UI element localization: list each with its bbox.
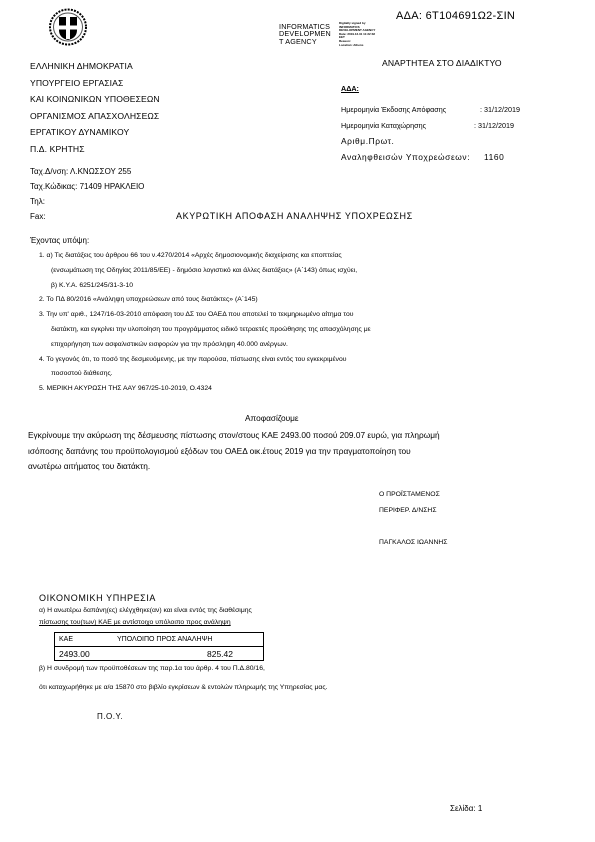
- table-row: 2493.00 825.42: [55, 647, 264, 661]
- signature-unit: ΠΕΡΙΦΕΡ. Δ/ΝΣΗΣ: [379, 507, 437, 514]
- pou-label: Π.Ο.Υ.: [97, 712, 123, 721]
- item-3: 3. Την υπ' αριθ., 1247/16-03-2010 απόφασ…: [39, 311, 353, 318]
- ada-label: ΑΔΑ:: [341, 84, 359, 93]
- org-line: Π.Δ. ΚΡΗΤΗΣ: [30, 141, 160, 158]
- item-2: 2. Το ΠΔ 80/2016 «Ανάληψη υποχρεώσεων απ…: [39, 296, 258, 303]
- digital-signature: Digitally signed by INFORMATICS DEVELOPM…: [339, 22, 375, 47]
- signature-line: Location: Athens: [339, 44, 375, 48]
- financial-title: ΟΙΚΟΝΟΜΙΚΗ ΥΠΗΡΕΣΙΑ: [39, 593, 156, 603]
- item-3-cont2: επιχορήγηση των ασφαλιστικών εισφορών γι…: [51, 341, 288, 348]
- posting-notice: ΑΝΑΡΤΗΤΕΑ ΣΤΟ ΔΙΑΔΙΚΤΥΟ: [382, 58, 502, 68]
- address-phone: Τηλ:: [30, 194, 144, 209]
- item-5: 5. ΜΕΡΙΚΗ ΑΚΥΡΩΣΗ ΤΗΣ ΑΑΥ 967/25-10-2019…: [39, 385, 212, 392]
- kae-header: ΚΑΕ: [55, 633, 114, 647]
- decision-line: Εγκρίνουμε την ακύρωση της δέσμευσης πίσ…: [28, 430, 440, 440]
- financial-line-b1: β) Η συνδρομή των προϋποθέσεων της παρ.1…: [39, 665, 265, 672]
- obligations-number: 1160: [484, 152, 504, 162]
- decision-line: ισόποσης δαπάνης του προϋπολογισμού εξόδ…: [28, 446, 411, 456]
- obligations-label: Αναληφθεισών Υποχρεώσεων:: [341, 152, 470, 162]
- item-3-cont: διατάκτη, και εγκρίνει την υλοποίηση του…: [51, 326, 371, 333]
- organization-block: ΕΛΛΗΝΙΚΗ ΔΗΜΟΚΡΑΤΙΑ ΥΠΟΥΡΓΕΙΟ ΕΡΓΑΣΙΑΣ Κ…: [30, 58, 160, 158]
- considering-label: Έχοντας υπόψη:: [30, 236, 89, 245]
- item-1a: 1. α) Τις διατάξεις του άρθρου 66 του ν.…: [39, 252, 342, 259]
- item-1b: β) Κ.Υ.Α. 6251/245/31-3-10: [51, 282, 133, 289]
- address-fax: Fax:: [30, 209, 144, 224]
- item-1a-cont: (ενσωμάτωση της Οδηγίας 2011/85/ΕΕ) - δη…: [51, 267, 357, 274]
- address-street: Ταχ.Δ/νση: Λ.ΚΝΩΣΣΟΥ 255: [30, 164, 144, 179]
- address-block: Ταχ.Δ/νση: Λ.ΚΝΩΣΣΟΥ 255 Ταχ.Κώδικας: 71…: [30, 164, 144, 224]
- issue-date: : 31/12/2019: [480, 105, 520, 114]
- kae-table: ΚΑΕ ΥΠΟΛΟΙΠΟ ΠΡΟΣ ΑΝΑΛΗΨΗ 2493.00 825.42: [54, 632, 264, 661]
- kae-value: 2493.00: [55, 647, 114, 661]
- decide-heading: Αποφασίζουμε: [245, 413, 299, 423]
- registration-date-label: Ημερομηνία Καταχώρησης: [341, 121, 426, 130]
- signature-name: ΠΑΓΚΑΛΟΣ ΙΩΑΝΝΗΣ: [379, 539, 447, 546]
- item-4-cont: ποσοστού διάθεσης.: [51, 370, 113, 377]
- org-line: ΟΡΓΑΝΙΣΜΟΣ ΑΠΑΣΧΟΛΗΣΕΩΣ: [30, 108, 160, 125]
- financial-line-a2: πίστωσης του(των) ΚΑΕ με αντίστοιχο υπόλ…: [39, 619, 231, 626]
- item-4: 4. Το γεγονός ότι, το ποσό της δεσμευόμε…: [39, 356, 346, 363]
- page-number: Σελίδα: 1: [450, 804, 482, 813]
- decision-line: ανωτέρω αιτήματος του διατάκτη.: [28, 461, 150, 471]
- balance-header: ΥΠΟΛΟΙΠΟ ΠΡΟΣ ΑΝΑΛΗΨΗ: [113, 633, 264, 647]
- org-line: ΚΑΙ ΚΟΙΝΩΝΙΚΩΝ ΥΠΟΘΕΣΕΩΝ: [30, 91, 160, 108]
- greek-coat-of-arms-icon: [48, 8, 88, 46]
- ada-number: ΑΔΑ: 6Τ104691Ω2-ΣΙΝ: [396, 10, 515, 22]
- org-line: ΕΡΓΑΤΙΚΟΥ ΔΥΝΑΜΙΚΟΥ: [30, 124, 160, 141]
- org-line: ΕΛΛΗΝΙΚΗ ΔΗΜΟΚΡΑΤΙΑ: [30, 58, 160, 75]
- financial-line-a1: α) Η ανωτέρω δαπάνη(ες) ελέγχθηκε(αν) κα…: [39, 607, 252, 614]
- kae-table-header: ΚΑΕ ΥΠΟΛΟΙΠΟ ΠΡΟΣ ΑΝΑΛΗΨΗ: [55, 633, 264, 647]
- financial-line-b2: ότι καταχωρήθηκε με α/α 15870 στο βιβλίο…: [39, 684, 327, 691]
- ida-line: T AGENCY: [279, 38, 331, 45]
- org-line: ΥΠΟΥΡΓΕΙΟ ΕΡΓΑΣΙΑΣ: [30, 75, 160, 92]
- ida-stamp: INFORMATICS DEVELOPMEN T AGENCY: [279, 23, 331, 45]
- signature-role: Ο ΠΡΟΪΣΤΑΜΕΝΟΣ: [379, 491, 440, 498]
- protocol-label: Αριθμ.Πρωτ.: [341, 136, 395, 146]
- document-title: ΑΚΥΡΩΤΙΚΗ ΑΠΟΦΑΣΗ ΑΝΑΛΗΨΗΣ ΥΠΟΧΡΕΩΣΗΣ: [176, 211, 413, 221]
- registration-date: : 31/12/2019: [474, 121, 514, 130]
- balance-value: 825.42: [113, 647, 264, 661]
- address-postcode: Ταχ.Κώδικας: 71409 ΗΡΑΚΛΕΙΟ: [30, 179, 144, 194]
- issue-date-label: Ημερομηνία Έκδοσης Απόφασης: [341, 105, 446, 114]
